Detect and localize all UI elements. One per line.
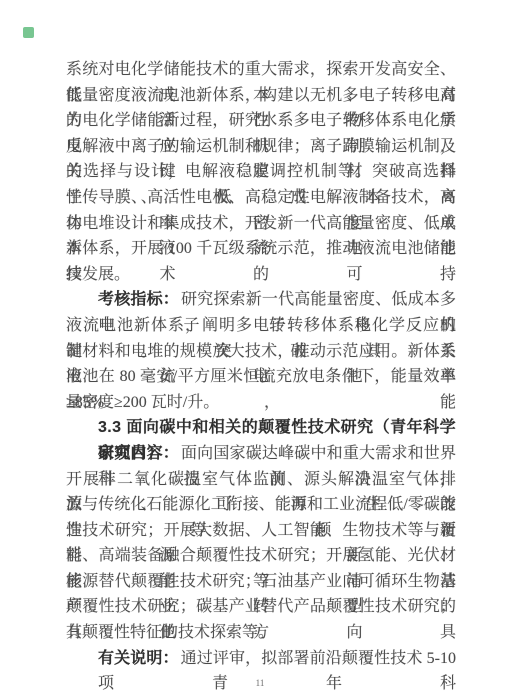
text-lines-container: 系统对电化学储能技术的重大需求，探索开发高安全、低成本、高能量密度液流电池新体系… bbox=[66, 57, 456, 671]
page-number: 11 bbox=[0, 678, 520, 688]
text-line: 能源替代颠覆性技术研究；石油基产业向可循环生物基产业转型的 bbox=[66, 569, 456, 595]
document-page: 系统对电化学储能技术的重大需求，探索开发高安全、低成本、高能量密度液流电池新体系… bbox=[0, 0, 520, 700]
text-line: 有关说明：通过评审，拟部署前沿颠覆性技术 5-10 项青年科 bbox=[66, 646, 456, 672]
text-line: 能量密度液流电池新体系，构建以无机多电子转移电对为活性物质 bbox=[66, 83, 456, 109]
text-line: 新体系，开展 100 千瓦级系统示范，推动液流电池储能技术的可持 bbox=[66, 236, 456, 262]
text-line: 3.3 面向碳中和相关的颠覆性技术研究（青年科学家项目） bbox=[66, 415, 456, 441]
text-line: 颠覆性技术研究；碳基产业替代产品颠覆性技术研究；其他方向具 bbox=[66, 594, 456, 620]
bold-lead: 有关说明： bbox=[98, 650, 181, 667]
text-line: 系统对电化学储能技术的重大需求，探索开发高安全、低成本、高 bbox=[66, 57, 456, 83]
text-line: 体电堆设计和集成技术，开发新一代高能量密度、低成本液流电池 bbox=[66, 211, 456, 237]
text-line: 料、高端装备融合颠覆性技术研究；开展氢能、光伏、核能等清洁 bbox=[66, 543, 456, 569]
document-body: 系统对电化学储能技术的重大需求，探索开发高安全、低成本、高能量密度液流电池新体系… bbox=[66, 57, 456, 671]
line-text: 量密度≥200 瓦时/升。 bbox=[66, 394, 219, 411]
line-text: 有颠覆性特征的技术探索等。 bbox=[66, 624, 274, 641]
text-line: 的电化学储能新过程，研究水系多电子转移体系电化学反应机制， bbox=[66, 108, 456, 134]
text-line: 的选择与设计，电解液稳定调控机制等。突破高选择性、低成本离 bbox=[66, 159, 456, 185]
bold-lead: 考核指标： bbox=[98, 291, 181, 308]
line-text: 续发展。 bbox=[66, 266, 130, 283]
text-line: 研究内容：面向国家碳达峰碳中和重大需求和世界科技前沿， bbox=[66, 441, 456, 467]
text-line: 开展非二氧化碳温室气体监测、源头解决温室气体排放、可再生能 bbox=[66, 467, 456, 493]
text-line: 性技术研究；开展大数据、人工智能、生物技术等与新能源、新材 bbox=[66, 518, 456, 544]
text-line: 考核指标：研究探索新一代高能量密度、低成本多电子转移的 bbox=[66, 287, 456, 313]
bold-lead: 研究内容： bbox=[98, 445, 181, 462]
corner-stamp-icon bbox=[23, 27, 34, 38]
text-line: 源与传统化石能源化工衔接、能源和工业流程低/零碳改造等颠覆 bbox=[66, 492, 456, 518]
text-line: 电解液中离子的输运机制和规律；离子跨膜输运机制及关键膜材料 bbox=[66, 134, 456, 160]
text-line: 液流电池新体系，阐明多电子转移体系电化学反应机制。突破其关 bbox=[66, 313, 456, 339]
text-line: 子传导膜、高活性电极、高稳定性电解液制备技术，高功率密度单 bbox=[66, 185, 456, 211]
text-line: 电池在 80 毫安/平方厘米恒流充放电条件下，能量效率≥85%，能 bbox=[66, 364, 456, 390]
text-line: 键材料和电堆的规模放大技术，推动示范应用。新体系液流电池单 bbox=[66, 339, 456, 365]
